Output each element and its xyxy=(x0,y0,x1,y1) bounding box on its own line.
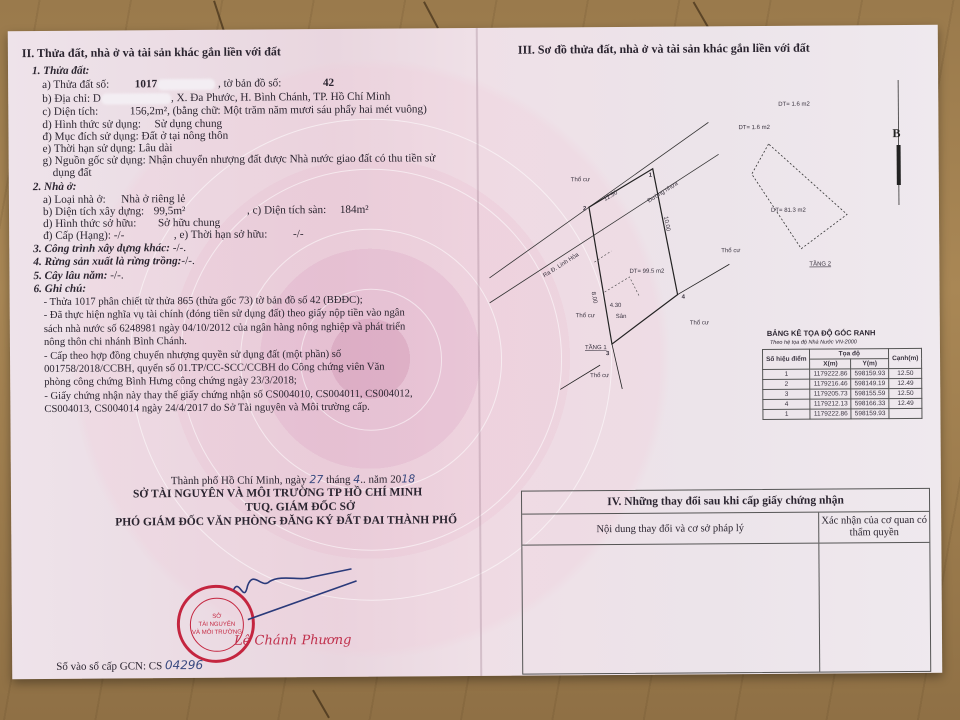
col-x: X(m) xyxy=(810,359,851,369)
neighbor-label: Thổ cư xyxy=(571,176,590,183)
cell-edge: 12.49 xyxy=(889,398,922,408)
coord-table-title: BẢNG KÊ TỌA ĐỘ GÓC RANH xyxy=(767,328,876,338)
north-arrow-label: B xyxy=(892,126,900,140)
cell-x: 1179205.73 xyxy=(810,389,851,399)
cell-edge: 12.50 xyxy=(889,368,922,378)
cell-y: 598159.93 xyxy=(851,369,889,379)
coordinate-table: Số hiệu điểm Tọa độ Cạnh(m) X(m) Y(m) 11… xyxy=(762,348,923,420)
floor-seam xyxy=(693,2,710,29)
floor-seam xyxy=(213,0,225,31)
svg-text:4: 4 xyxy=(682,295,686,301)
floor-seam xyxy=(312,690,330,719)
changes-table: IV. Những thay đổi sau khi cấp giấy chứn… xyxy=(521,488,931,675)
cell-point: 3 xyxy=(763,389,811,399)
floor2-area: DT= 81.3 m2 xyxy=(771,208,807,214)
cell-edge xyxy=(889,408,922,418)
cell-point: 4 xyxy=(763,399,811,409)
cell-edge: 12.49 xyxy=(889,378,922,388)
yard-label: Sân xyxy=(616,314,627,320)
cell-point: 2 xyxy=(763,379,811,389)
land-certificate: II. Thửa đất, nhà ở và tài sản khác gắn … xyxy=(8,25,943,679)
cell-x: 1179222.86 xyxy=(810,409,851,419)
cell-x: 1179216.46 xyxy=(810,379,851,389)
svg-text:3: 3 xyxy=(606,351,610,357)
dim-label: 8.00 xyxy=(590,291,598,304)
changes-col-content: Nội dung thay đổi và cơ sở pháp lý xyxy=(522,513,819,545)
cell-edge: 12.50 xyxy=(889,388,922,398)
floor2-label: TẦNG 2 xyxy=(809,261,831,268)
col-y: Y(m) xyxy=(851,359,889,369)
coord-table-subtitle: Theo hệ tọa độ Nhà Nước VN-2000 xyxy=(770,339,857,346)
small-area-1: DT= 1.6 m2 xyxy=(738,125,770,131)
changes-content-cell xyxy=(522,544,820,674)
svg-text:1: 1 xyxy=(649,173,653,179)
col-point: Số hiệu điểm xyxy=(762,349,810,369)
dim-label: 4.30 xyxy=(610,303,622,309)
dim-label: 12.50 xyxy=(603,190,620,203)
small-area-2: DT= 1.6 m2 xyxy=(778,102,810,108)
neighbor-label: Thổ cư xyxy=(690,319,709,326)
cell-y: 598149.19 xyxy=(851,379,889,389)
cell-point: 1 xyxy=(763,409,811,419)
floor1-label: TẦNG 1 xyxy=(585,344,607,351)
cell-x: 1179222.86 xyxy=(810,369,851,379)
cell-point: 1 xyxy=(763,369,811,379)
floor-seam xyxy=(423,1,439,28)
changes-col-confirmation: Xác nhận của cơ quan có thẩm quyền xyxy=(819,512,929,543)
col-edge: Cạnh(m) xyxy=(889,348,922,368)
neighbor-label: Thổ cư xyxy=(590,372,609,379)
cell-y: 598155.59 xyxy=(851,389,889,399)
table-row: 11179222.86598159.93 xyxy=(763,408,922,419)
road-label: Đường nhựa xyxy=(647,180,680,204)
cell-y: 598166.33 xyxy=(851,399,889,409)
cell-x: 1179212.13 xyxy=(810,399,851,409)
col-coord: Tọa độ xyxy=(810,349,889,360)
cell-y: 598159.93 xyxy=(851,409,889,419)
floor1-area: DT= 99.5 m2 xyxy=(629,269,665,275)
neighbor-label: Thổ cư xyxy=(576,312,595,319)
changes-title: IV. Những thay đổi sau khi cấp giấy chứn… xyxy=(522,489,929,515)
neighbor-label: Thổ cư xyxy=(721,247,740,254)
